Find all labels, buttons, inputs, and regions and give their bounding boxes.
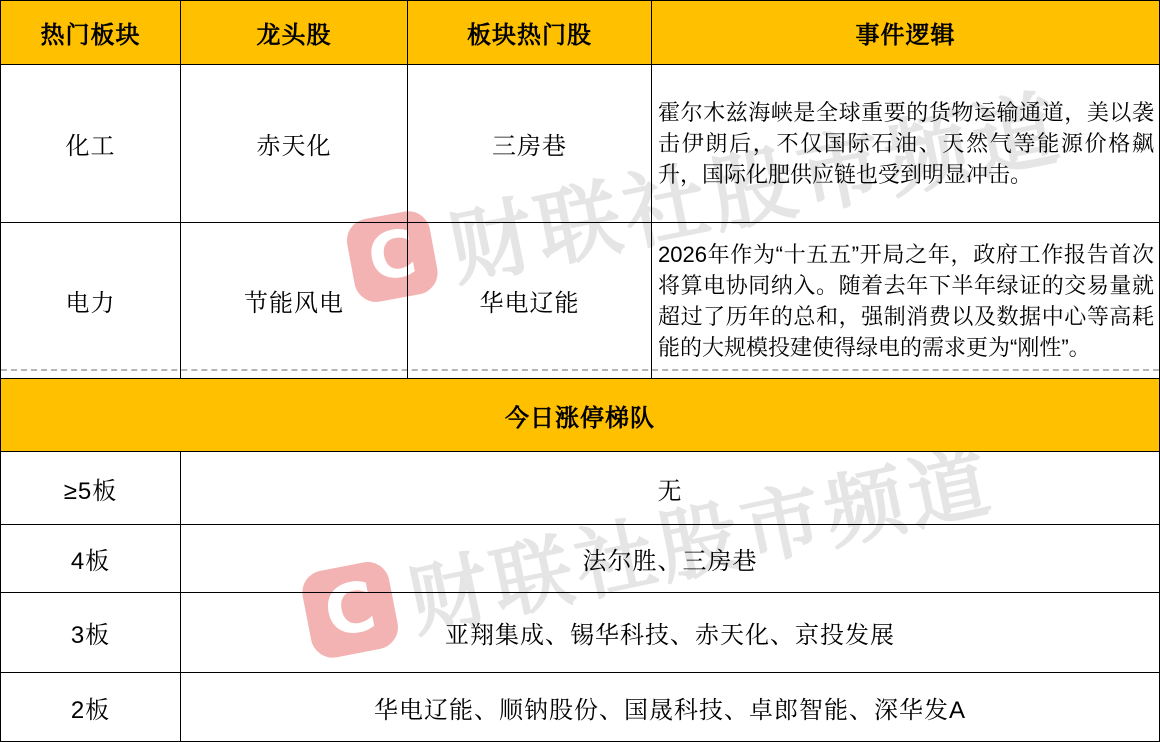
leader-stock-cell: 节能风电 xyxy=(181,223,408,379)
event-logic-text: 2026年作为“十五五”开局之年，政府工作报告首次将算电协同纳入。随着去年下半年… xyxy=(658,239,1154,363)
sector-table: 热门板块 龙头股 板块热门股 事件逻辑 化工 赤天化 三房巷 霍尔木兹海峡是全球… xyxy=(1,1,1159,741)
event-logic-text: 霍尔木兹海峡是全球重要的货物运输通道，美以袭击伊朗后，不仅国际石油、天然气等能源… xyxy=(658,97,1154,190)
sector-cell: 化工 xyxy=(1,65,181,223)
event-logic-cell: 霍尔木兹海峡是全球重要的货物运输通道，美以袭击伊朗后，不仅国际石油、天然气等能源… xyxy=(652,65,1159,223)
ladder-tier-cell: 4板 xyxy=(1,525,181,593)
ladder-tier-cell: 3板 xyxy=(1,593,181,673)
ladder-stocks-cell: 华电辽能、顺钠股份、国晟科技、卓郎智能、深华发A xyxy=(181,673,1159,741)
ladder-section-title: 今日涨停梯队 xyxy=(1,379,1159,452)
ladder-tier-cell: 2板 xyxy=(1,673,181,741)
ladder-stocks-cell: 亚翔集成、锡华科技、赤天化、京投发展 xyxy=(181,593,1159,673)
ladder-tier-cell: ≥5板 xyxy=(1,452,181,525)
ladder-stocks-cell: 无 xyxy=(181,452,1159,525)
header-cell-hot-sector: 热门板块 xyxy=(1,1,181,65)
sector-hot-stock-cell: 华电辽能 xyxy=(408,223,652,379)
header-cell-leader-stock: 龙头股 xyxy=(181,1,408,65)
event-logic-cell: 2026年作为“十五五”开局之年，政府工作报告首次将算电协同纳入。随着去年下半年… xyxy=(652,223,1159,379)
sector-cell: 电力 xyxy=(1,223,181,379)
leader-stock-cell: 赤天化 xyxy=(181,65,408,223)
sector-hot-stock-cell: 三房巷 xyxy=(408,65,652,223)
ladder-stocks-cell: 法尔胜、三房巷 xyxy=(181,525,1159,593)
limit-up-ladder-infographic: C 财联社股市频道 C 财联社股市频道 热门板块 龙头股 板块热门股 事件逻辑 … xyxy=(0,0,1160,742)
header-cell-event-logic: 事件逻辑 xyxy=(652,1,1159,65)
header-cell-sector-hot-stock: 板块热门股 xyxy=(408,1,652,65)
